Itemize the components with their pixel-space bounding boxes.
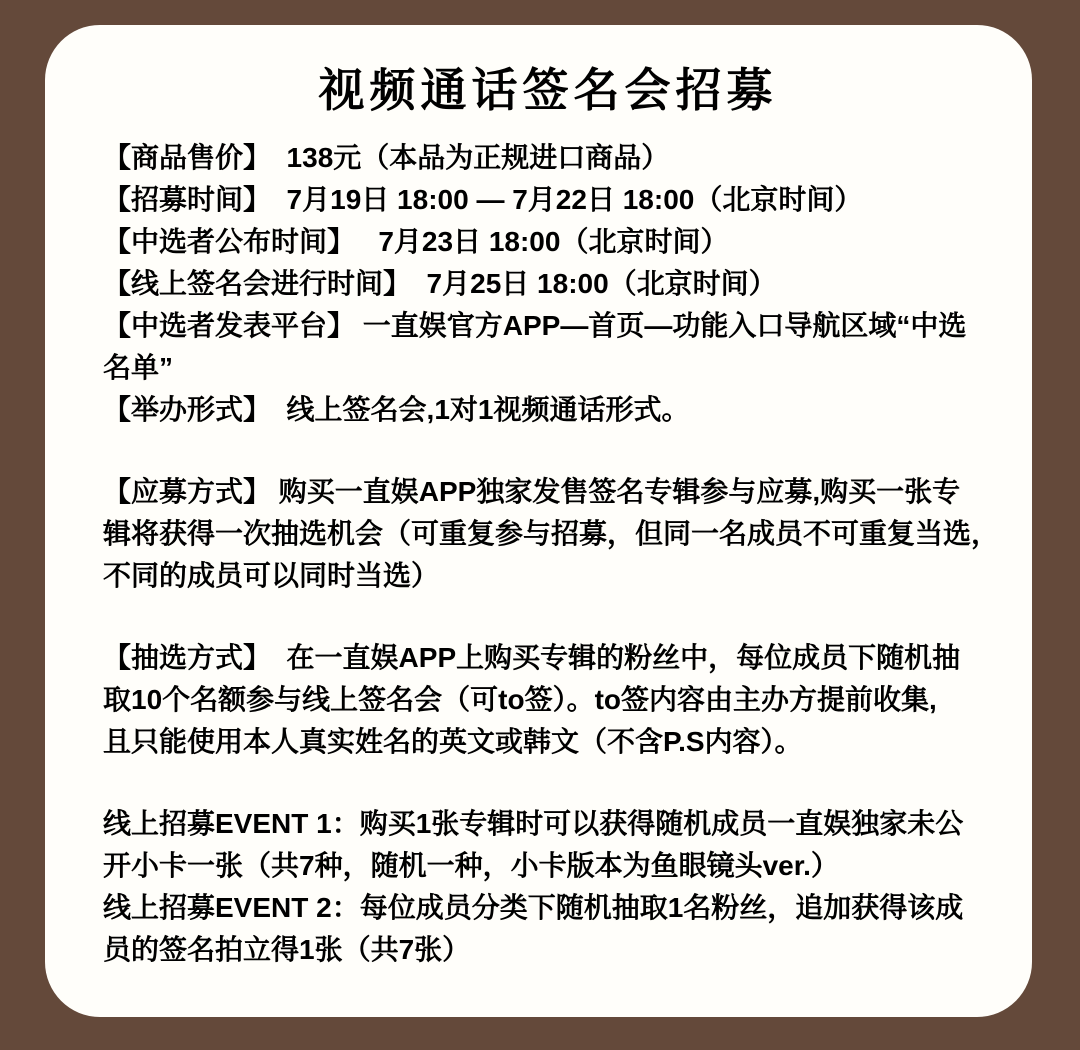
text-line: 名单” <box>103 347 993 389</box>
paragraph-application-method: 【应募方式】 购买一直娱APP独家发售签名专辑参与应募,购买一张专辑将获得一次抽… <box>103 471 993 597</box>
text-line: 且只能使用本人真实姓名的英文或韩文（不含P.S内容）。 <box>103 721 993 763</box>
text-line: 【举办形式】 线上签名会,1对1视频通话形式。 <box>103 389 993 431</box>
text-line: 辑将获得一次抽选机会（可重复参与招募，但同一名成员不可重复当选， <box>103 513 993 555</box>
text-line: 线上招募EVENT 1：购买1张专辑时可以获得随机成员一直娱独家未公 <box>103 803 993 845</box>
text-line: 【商品售价】 138元（本品为正规进口商品） <box>103 137 993 179</box>
poster-title: 视频通话签名会招募 <box>103 67 993 113</box>
text-line: 【应募方式】 购买一直娱APP独家发售签名专辑参与应募,购买一张专 <box>103 471 993 513</box>
text-line: 不同的成员可以同时当选） <box>103 555 993 597</box>
text-line: 【线上签名会进行时间】 7月25日 18:00（北京时间） <box>103 263 993 305</box>
paragraph-selection-method: 【抽选方式】 在一直娱APP上购买专辑的粉丝中，每位成员下随机抽取10个名额参与… <box>103 637 993 763</box>
text-line: 开小卡一张（共7种，随机一种，小卡版本为鱼眼镜头ver.） <box>103 845 993 887</box>
text-line: 线上招募EVENT 2：每位成员分类下随机抽取1名粉丝，追加获得该成 <box>103 887 993 929</box>
page-background: { "theme": { "background": "#64493a", "c… <box>0 0 1080 1050</box>
paragraph-events: 线上招募EVENT 1：购买1张专辑时可以获得随机成员一直娱独家未公开小卡一张（… <box>103 803 993 971</box>
text-line: 【招募时间】 7月19日 18:00 — 7月22日 18:00（北京时间） <box>103 179 993 221</box>
text-line: 【中选者发表平台】 一直娱官方APP—首页—功能入口导航区域“中选 <box>103 305 993 347</box>
poster-content: 【商品售价】 138元（本品为正规进口商品）【招募时间】 7月19日 18:00… <box>103 137 993 971</box>
poster-card: 视频通话签名会招募 【商品售价】 138元（本品为正规进口商品）【招募时间】 7… <box>45 25 1032 1017</box>
text-line: 【中选者公布时间】 7月23日 18:00（北京时间） <box>103 221 993 263</box>
text-line: 【抽选方式】 在一直娱APP上购买专辑的粉丝中，每位成员下随机抽 <box>103 637 993 679</box>
paragraph-basic-info: 【商品售价】 138元（本品为正规进口商品）【招募时间】 7月19日 18:00… <box>103 137 993 431</box>
text-line: 取10个名额参与线上签名会（可to签）。to签内容由主办方提前收集, <box>103 679 993 721</box>
text-line: 员的签名拍立得1张（共7张） <box>103 929 993 971</box>
